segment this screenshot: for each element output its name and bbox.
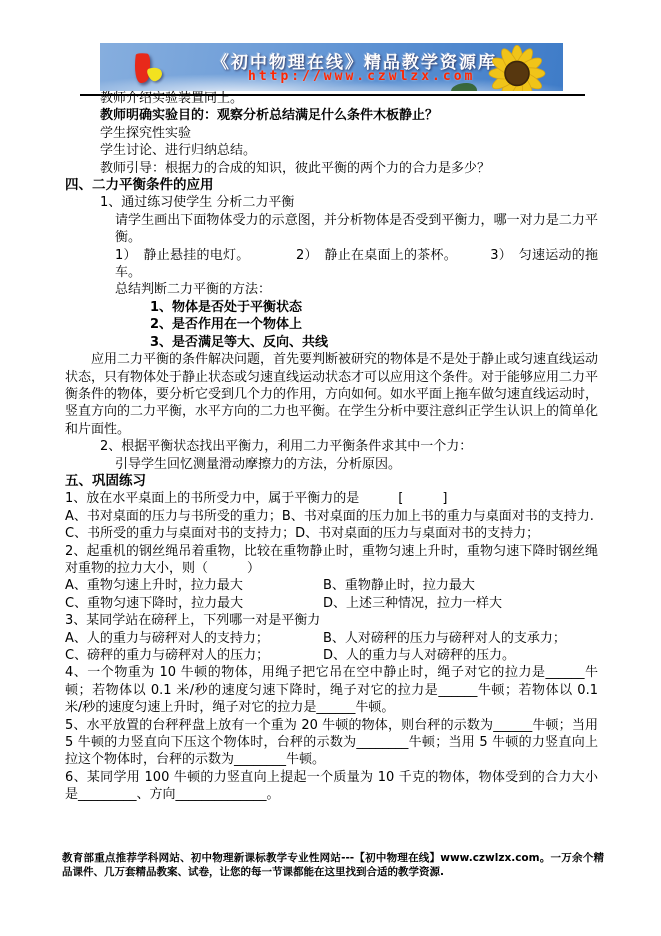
text-line: C、磅秤的重力与磅秤对人的压力；D、人的重力与人对磅秤的压力。 [65,647,598,664]
text-line: 1、物体是否处于平衡状态 [65,299,598,316]
text-line: 引导学生回忆测量滑动摩擦力的方法，分析原因。 [65,456,598,473]
text-line: 教师明确实验目的：观察分析总结满足什么条件木板静止？ [65,107,598,124]
text-line: 四、二力平衡条件的应用 [65,177,598,194]
text-line: 3、某同学站在磅秤上，下列哪一对是平衡力 [65,612,598,629]
option-right: D、上述三种情况，拉力一样大 [323,595,598,612]
content-lines: 教师介绍实验装置同上。教师明确实验目的：观察分析总结满足什么条件木板静止？学生探… [65,90,598,804]
text-line: 4、一个物重为 10 牛顿的物体，用绳子把它吊在空中静止时，绳子对它的拉力是__… [65,664,598,716]
option-left: A、人的重力与磅秤对人的支持力； [65,630,323,647]
option-right: B、人对磅秤的压力与磅秤对人的支承力； [323,630,598,647]
text-line: 1） 静止悬挂的电灯。 2） 静止在桌面上的茶杯。 3） 匀速运动的拖车。 [65,247,598,282]
text-line: 2、起重机的钢丝绳吊着重物，比较在重物静止时，重物匀速上升时，重物匀速下降时钢丝… [65,543,598,578]
text-line: C、书所受的重力与桌面对书的支持力；D、书对桌面的压力与桌面对书的支持力； [65,525,598,542]
text-line: 应用二力平衡的条件解决问题，首先要判断被研究的物体是不是处于静止或匀速直线运动状… [65,351,598,438]
text-line: 学生讨论、进行归纳总结。 [65,142,598,159]
text-line: 教师引导：根据力的合成的知识，彼此平衡的两个力的合力是多少？ [65,160,598,177]
option-left: C、重物匀速下降时，拉力最大 [65,595,323,612]
text-line: 3、是否满足等大、反向、共线 [65,334,598,351]
text-line: 五、巩固练习 [65,473,598,490]
text-line: 请学生画出下面物体受力的示意图，并分析物体是否受到平衡力，哪一对力是二力平衡。 [65,212,598,247]
option-right: B、重物静止时，拉力最大 [323,577,598,594]
sunflower-icon [477,43,557,91]
text-line: 6、某同学用 100 牛顿的力竖直向上提起一个质量为 10 千克的物体，物体受到… [65,769,598,804]
text-line: 1、放在水平桌面上的书所受力中，属于平衡力的是 [ ] [65,490,598,507]
text-line: C、重物匀速下降时，拉力最大D、上述三种情况，拉力一样大 [65,595,598,612]
banner-url-link[interactable]: http://www.czwlzx.com [248,69,475,84]
text-line: 总结判断二力平衡的方法： [65,281,598,298]
option-left: A、重物匀速上升时，拉力最大 [65,577,323,594]
text-line: 教师介绍实验装置同上。 [65,90,598,107]
text-line: 学生探究性实验 [65,125,598,142]
text-line: A、重物匀速上升时，拉力最大B、重物静止时，拉力最大 [65,577,598,594]
text-line: 2、根据平衡状态找出平衡力，利用二力平衡条件求其中一个力： [65,438,598,455]
text-line: A、书对桌面的压力与书所受的重力；B、书对桌面的压力加上书的重力与桌面对书的支持… [65,508,598,525]
header-banner: 《初中物理在线》精品教学资源库 http://www.czwlzx.com [100,43,563,91]
document-page: 《初中物理在线》精品教学资源库 http://www.czwlzx.com [0,0,661,936]
option-right: D、人的重力与人对磅秤的压力。 [323,647,598,664]
text-line: 5、水平放置的台秤秤盘上放有一个重为 20 牛顿的物体，则台秤的示数为_____… [65,717,598,769]
footer-note: 教育部重点推荐学科网站、初中物理新课标教学专业性网站---【初中物理在线】www… [62,851,604,879]
option-left: C、磅秤的重力与磅秤对人的压力； [65,647,323,664]
text-line: 2、是否作用在一个物体上 [65,316,598,333]
site-logo-icon [128,51,168,87]
text-line: A、人的重力与磅秤对人的支持力；B、人对磅秤的压力与磅秤对人的支承力； [65,630,598,647]
logo-yellow-flame-icon [146,65,164,83]
text-line: 1、通过练习使学生 分析二力平衡 [65,194,598,211]
